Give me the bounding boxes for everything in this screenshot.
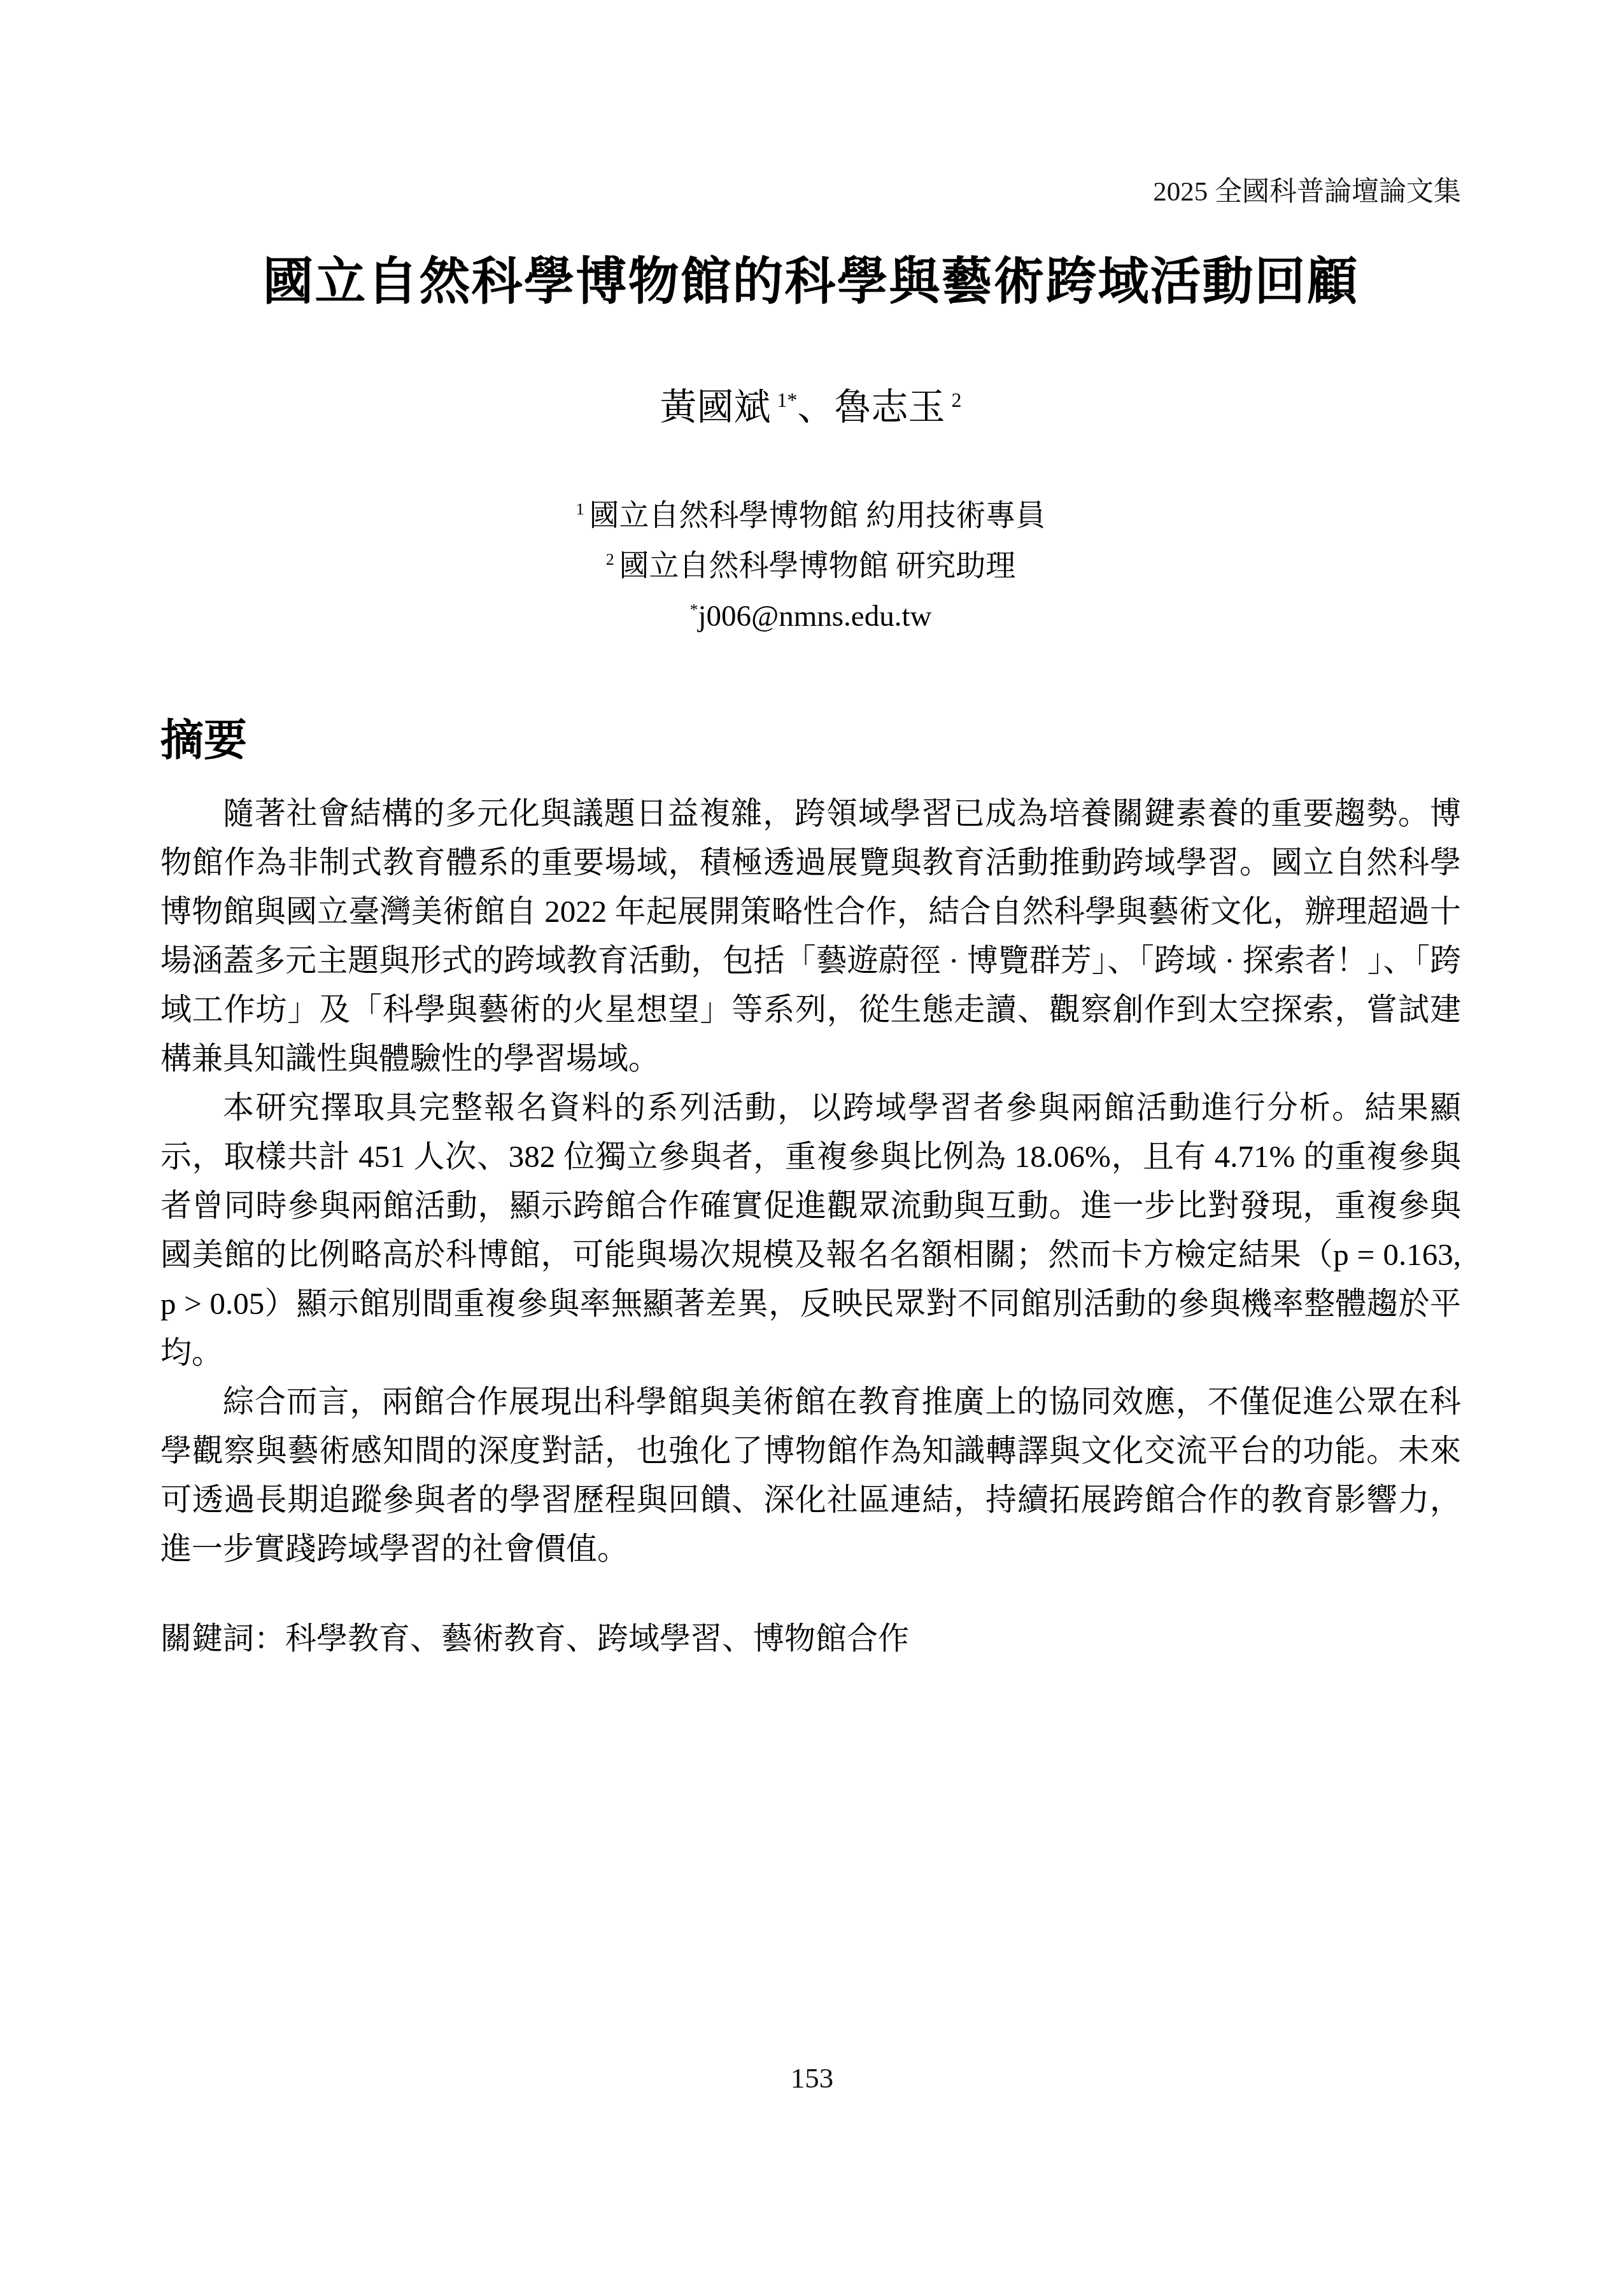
author-separator: 、 — [797, 386, 834, 428]
email-line: *j006@nmns.edu.tw — [160, 591, 1461, 642]
abstract-heading: 摘要 — [160, 717, 1461, 765]
abstract-paragraph-3: 綜合而言，兩館合作展現出科學館與美術館在教育推廣上的協同效應，不僅促進公眾在科學… — [160, 1377, 1461, 1573]
affiliation-superscript-2: 2 — [606, 550, 614, 569]
affiliation-superscript-1: 1 — [576, 500, 584, 518]
affiliations-block: 1國立自然科學博物館 約用技術專員 2國立自然科學博物館 研究助理 *j006@… — [160, 491, 1461, 642]
affiliation-line-2: 2國立自然科學博物館 研究助理 — [160, 541, 1461, 591]
page-number: 153 — [0, 2062, 1624, 2095]
page-content: 2025 全國科普論壇論文集 國立自然科學博物館的科學與藝術跨域活動回顧 黃國斌… — [0, 0, 1624, 1663]
paper-title: 國立自然科學博物館的科學與藝術跨域活動回顧 — [160, 253, 1461, 311]
affiliation-text-2: 國立自然科學博物館 研究助理 — [619, 549, 1016, 583]
affiliation-text-1: 國立自然科學博物館 約用技術專員 — [590, 499, 1046, 532]
keywords-line: 關鍵詞：科學教育、藝術教育、跨域學習、博物館合作 — [160, 1614, 1461, 1663]
author-name-1: 黃國斌 — [660, 386, 771, 428]
author-byline: 黃國斌1*、魯志玉2 — [160, 385, 1461, 430]
running-header: 2025 全國科普論壇論文集 — [160, 0, 1461, 207]
author-name-2: 魯志玉 — [834, 386, 945, 428]
abstract-body: 隨著社會結構的多元化與議題日益複雜，跨領域學習已成為培養關鍵素養的重要趨勢。博物… — [160, 789, 1461, 1573]
affiliation-line-1: 1國立自然科學博物館 約用技術專員 — [160, 491, 1461, 541]
author-superscript-2: 2 — [951, 389, 961, 411]
author-superscript-1: 1* — [777, 389, 798, 411]
abstract-paragraph-1: 隨著社會結構的多元化與議題日益複雜，跨領域學習已成為培養關鍵素養的重要趨勢。博物… — [160, 789, 1461, 1083]
abstract-paragraph-2: 本研究擇取具完整報名資料的系列活動，以跨域學習者參與兩館活動進行分析。結果顯示，… — [160, 1083, 1461, 1377]
email-superscript: * — [690, 600, 698, 619]
email-address: j006@nmns.edu.tw — [698, 600, 931, 633]
